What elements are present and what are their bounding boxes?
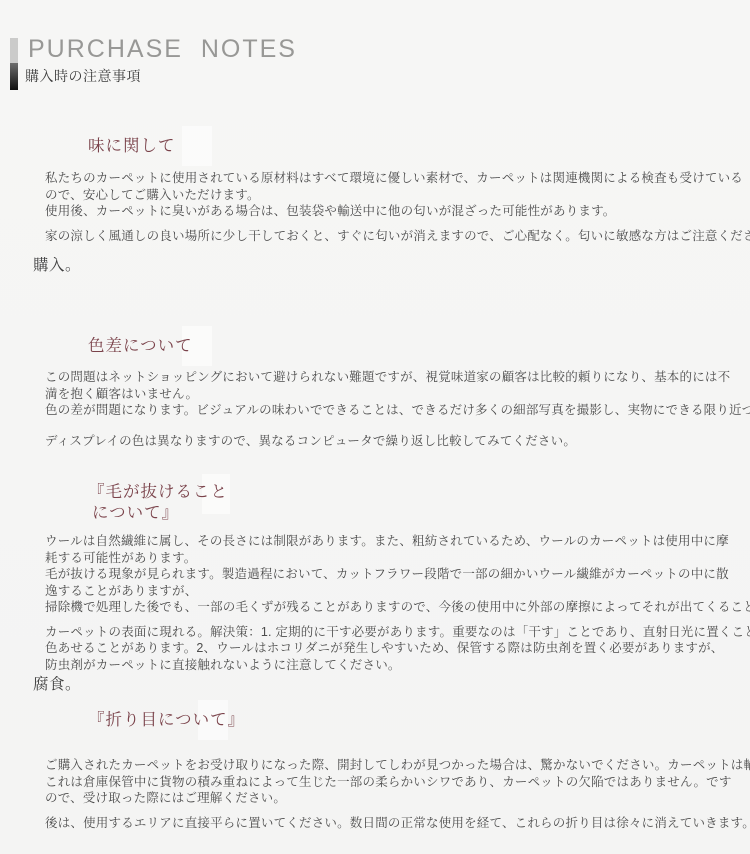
- body-line: 毛が抜ける現象が見られます。製造過程において、カットフラワー段階で一部の細かいウ…: [0, 566, 750, 583]
- body-line: これは倉庫保管中に貨物の積み重ねによって生じた一部の柔らかいシワであり、カーペッ…: [0, 774, 750, 791]
- body-line: ご購入されたカーペットをお受け取りになった際、開封してしわが見つかった場合は、驚…: [0, 757, 750, 774]
- body-line: この問題はネットショッピングにおいて避けられない難題ですが、視覚味道家の顧客は比…: [0, 369, 750, 386]
- section-title-smell: 味に関して: [0, 136, 750, 157]
- body-line: ウールは自然繊維に属し、その長さには制限があります。また、粗紡されているため、ウ…: [0, 533, 750, 550]
- body-line: 後は、使用するエリアに直接平らに置いてください。数日間の正常な使用を経て、これら…: [0, 815, 750, 832]
- section-body-crease: ご購入されたカーペットをお受け取りになった際、開封してしわが見つかった場合は、驚…: [0, 757, 750, 831]
- body-line: ので、安心してご購入いただけます。: [0, 187, 750, 204]
- body-line-large: 購入。: [0, 256, 750, 276]
- section-body-color-difference: この問題はネットショッピングにおいて避けられない難題ですが、視覚味道家の顧客は比…: [0, 369, 750, 449]
- body-line-large: 腐食。: [0, 675, 750, 695]
- purchase-notes-page: PURCHASE NOTES 購入時の注意事項 味に関して 私たちのカーペットに…: [0, 0, 750, 854]
- body-line: 私たちのカーペットに使用されている原材料はすべて環境に優しい素材で、カーペットは…: [0, 170, 750, 187]
- body-line: 耗する可能性があります。: [0, 550, 750, 567]
- accent-bar-bottom: [10, 63, 18, 90]
- body-line: 色あせることがあります。2、ウールはホコリダニが発生しやすいため、保管する際は防…: [0, 640, 750, 657]
- page-title: PURCHASE NOTES: [28, 35, 297, 64]
- body-line: カーペットの表面に現れる。解決策：1. 定期的に干す必要があります。重要なのは「…: [0, 624, 750, 641]
- section-smell: 味に関して 私たちのカーペットに使用されている原材料はすべて環境に優しい素材で、…: [0, 136, 750, 276]
- section-title-shedding-line2: について』: [0, 503, 750, 524]
- section-shedding: 『毛が抜けること について』 ウールは自然繊維に属し、その長さには制限があります…: [0, 482, 750, 695]
- section-title-color-difference: 色差について: [0, 336, 750, 357]
- header-accent-bar-icon: [10, 38, 18, 90]
- body-line: 逸することがありますが、: [0, 583, 750, 600]
- page-subtitle: 購入時の注意事項: [25, 66, 141, 86]
- body-line: 満を抱く顧客はいません。: [0, 386, 750, 403]
- body-line: 家の涼しく風通しの良い場所に少し干しておくと、すぐに匂いが消えますので、ご心配な…: [0, 228, 750, 245]
- section-body-smell: 私たちのカーペットに使用されている原材料はすべて環境に優しい素材で、カーペットは…: [0, 170, 750, 276]
- body-line: ので、受け取った際にはご理解ください。: [0, 790, 750, 807]
- section-body-shedding: ウールは自然繊維に属し、その長さには制限があります。また、粗紡されているため、ウ…: [0, 533, 750, 695]
- section-title-shedding-line1: 『毛が抜けること: [0, 482, 750, 503]
- accent-bar-top: [10, 38, 18, 63]
- body-line: 使用後、カーペットに臭いがある場合は、包装袋や輸送中に他の匂いが混ざった可能性が…: [0, 203, 750, 220]
- body-line: 色の差が問題になります。ビジュアルの味わいでできることは、できるだけ多くの細部写…: [0, 402, 750, 419]
- body-line: 防虫剤がカーペットに直接触れないように注意してください。: [0, 657, 750, 674]
- section-color-difference: 色差について この問題はネットショッピングにおいて避けられない難題ですが、視覚味…: [0, 336, 750, 449]
- body-line: 掃除機で処理した後でも、一部の毛くずが残ることがありますので、今後の使用中に外部…: [0, 599, 750, 616]
- section-crease: 『折り目について』 ご購入されたカーペットをお受け取りになった際、開封してしわが…: [0, 710, 750, 831]
- body-line: ディスプレイの色は異なりますので、異なるコンピュータで繰り返し比較してみてくださ…: [0, 433, 750, 450]
- section-title-crease: 『折り目について』: [0, 710, 750, 731]
